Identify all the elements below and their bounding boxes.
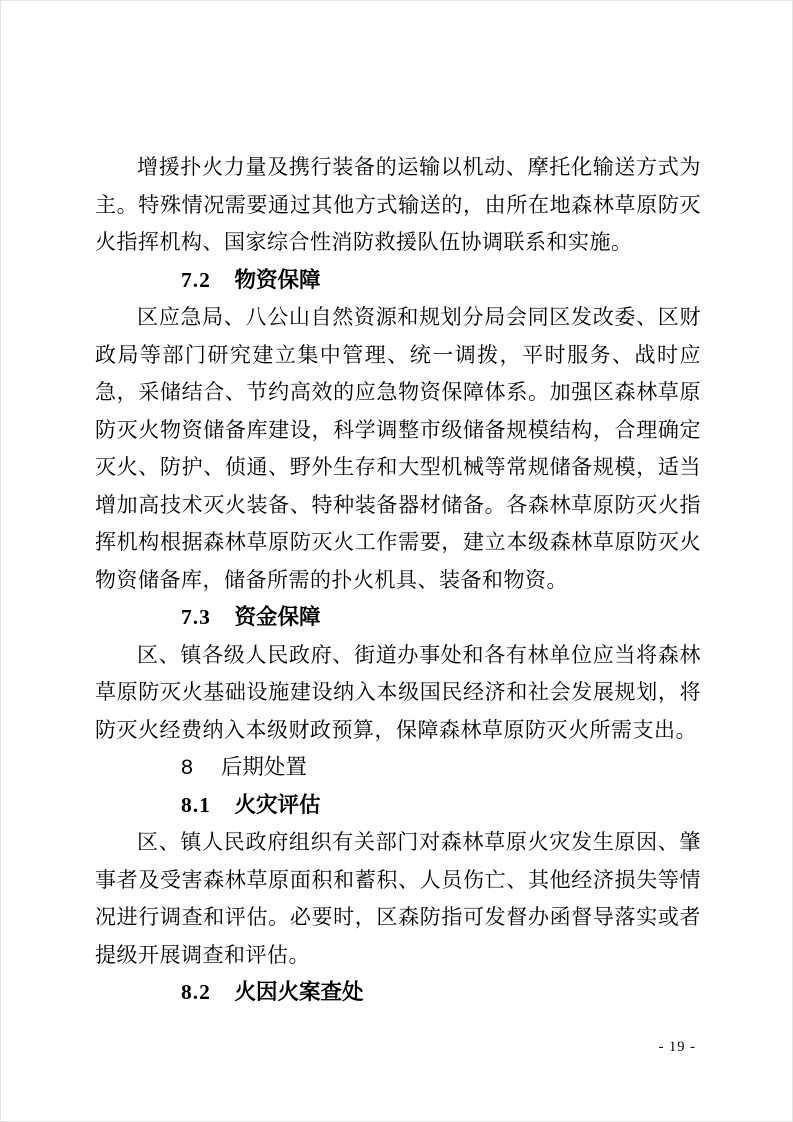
- section-title: 火因火案查处: [235, 980, 364, 1004]
- section-number: 8.1: [138, 787, 211, 825]
- section-title: 火灾评估: [235, 793, 321, 817]
- section-title: 物资保障: [235, 268, 321, 292]
- section-number: 7.3: [138, 599, 211, 637]
- chapter-title: 后期处置: [221, 755, 307, 779]
- paragraph-fire-assessment: 区、镇人民政府组织有关部门对森林草原火灾发生原因、肇事者及受害森林草原面积和蓄积…: [95, 824, 701, 974]
- section-number: 7.2: [138, 262, 211, 300]
- chapter-number: 8: [138, 749, 193, 787]
- section-heading-7-2: 7.2物资保障: [95, 262, 701, 300]
- chapter-heading-8: 8后期处置: [95, 749, 701, 787]
- paragraph-material-support: 区应急局、八公山自然资源和规划分局会同区发改委、区财政局等部门研究建立集中管理、…: [95, 299, 701, 599]
- paragraph-funding-support: 区、镇各级人民政府、街道办事处和各有林单位应当将森林草原防灭火基础设施建设纳入本…: [95, 637, 701, 750]
- page-number: - 19 -: [659, 1039, 696, 1056]
- section-heading-8-2: 8.2火因火案查处: [95, 974, 701, 1012]
- document-page: 增援扑火力量及携行装备的运输以机动、摩托化输送方式为主。特殊情况需要通过其他方式…: [0, 0, 793, 1122]
- section-number: 8.2: [138, 974, 211, 1012]
- document-content: 增援扑火力量及携行装备的运输以机动、摩托化输送方式为主。特殊情况需要通过其他方式…: [95, 149, 701, 1012]
- section-heading-7-3: 7.3资金保障: [95, 599, 701, 637]
- paragraph-transport: 增援扑火力量及携行装备的运输以机动、摩托化输送方式为主。特殊情况需要通过其他方式…: [95, 149, 701, 262]
- section-title: 资金保障: [235, 605, 321, 629]
- section-heading-8-1: 8.1火灾评估: [95, 787, 701, 825]
